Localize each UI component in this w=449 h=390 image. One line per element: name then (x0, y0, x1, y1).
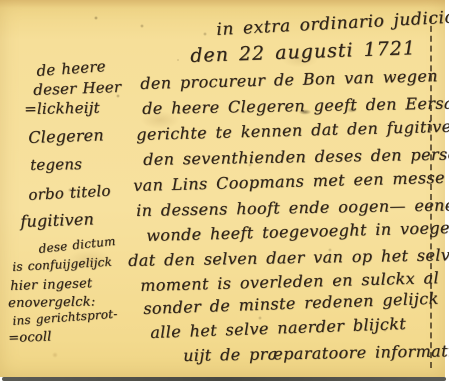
page-background: in extra ordinario judicio den 22 august… (0, 0, 449, 390)
margin-note: enovergelck: (8, 295, 95, 310)
manuscript-photo: in extra ordinario judicio den 22 august… (0, 0, 445, 377)
margin-note: deser Heer (33, 80, 121, 98)
margin-note: hier ingeset (10, 277, 93, 293)
margin-note: =lickheijt (24, 101, 100, 117)
margin-note: fugitiven (20, 211, 94, 230)
margin-note: =ocoll (8, 330, 52, 345)
margin-note: tegens (30, 157, 82, 173)
photo-bottom-shadow (2, 377, 446, 381)
body-line: uijt de præparatoore informatien (183, 343, 449, 364)
margin-note: Clegeren (28, 127, 104, 146)
margin-note: orbo titelo (28, 184, 111, 203)
